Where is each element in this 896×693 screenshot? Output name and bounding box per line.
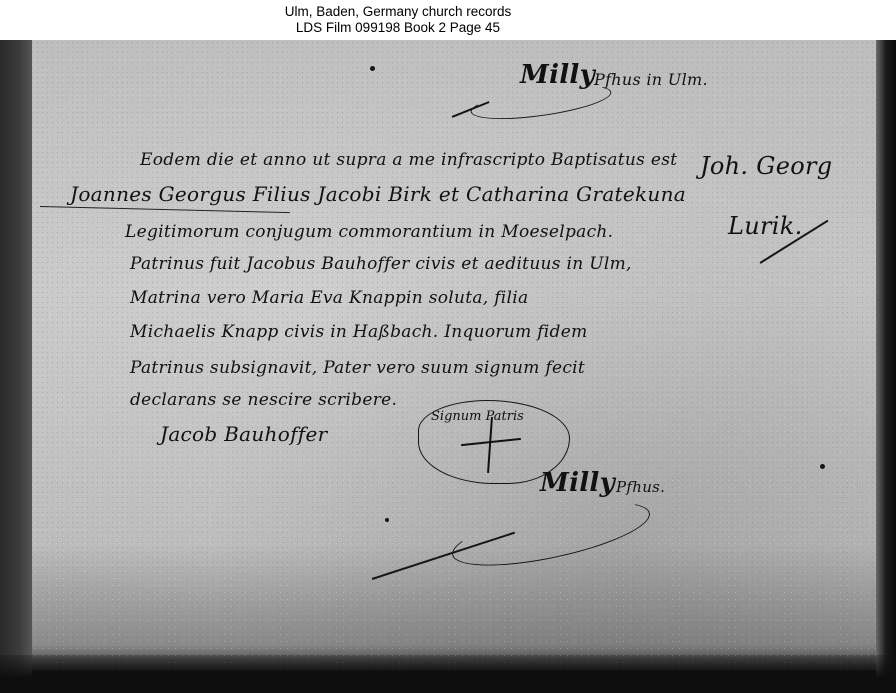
paper-texture bbox=[30, 40, 880, 670]
caption-film-reference: LDS Film 099198 Book 2 Page 45 bbox=[0, 20, 846, 36]
record-caption: Ulm, Baden, Germany church records LDS F… bbox=[0, 0, 896, 40]
margin-note-name: Joh. Georg bbox=[700, 152, 832, 180]
record-line-7: Patrinus subsignavit, Pater vero suum si… bbox=[130, 358, 585, 378]
cross-mark-vertical bbox=[487, 417, 492, 473]
margin-note-surname: Lurik. bbox=[728, 212, 803, 240]
paper-page bbox=[30, 40, 880, 670]
caption-title: Ulm, Baden, Germany church records bbox=[0, 4, 846, 20]
ink-speck bbox=[820, 464, 825, 469]
left-film-edge bbox=[0, 40, 32, 693]
record-line-3: Legitimorum conjugum commorantium in Moe… bbox=[125, 222, 613, 242]
signum-label: Signum Patris bbox=[431, 409, 524, 424]
record-line-8: declarans se nescire scribere. bbox=[130, 390, 397, 410]
right-film-edge bbox=[876, 40, 896, 693]
record-line-1: Eodem die et anno ut supra a me infrascr… bbox=[140, 150, 677, 170]
footer-signature-title: Pfhus. bbox=[616, 478, 665, 496]
header-signature-title: Pfhus in Ulm. bbox=[594, 70, 708, 89]
godfather-signature: Jacob Bauhoffer bbox=[160, 422, 327, 446]
record-line-2-child-name: Joannes Georgus Filius Jacobi Birk et Ca… bbox=[70, 182, 686, 206]
footer-signature: Milly bbox=[540, 468, 615, 498]
record-line-5: Matrina vero Maria Eva Knappin soluta, f… bbox=[130, 288, 528, 308]
record-line-6: Michaelis Knapp civis in Haßbach. Inquor… bbox=[130, 322, 588, 342]
bottom-film-edge bbox=[0, 655, 896, 693]
record-line-4: Patrinus fuit Jacobus Bauhoffer civis et… bbox=[130, 254, 632, 274]
scanned-document-image: Milly Pfhus in Ulm. Eodem die et anno ut… bbox=[0, 40, 896, 693]
header-signature: Milly bbox=[520, 60, 595, 90]
ink-speck bbox=[385, 518, 389, 522]
ink-speck bbox=[370, 66, 375, 71]
